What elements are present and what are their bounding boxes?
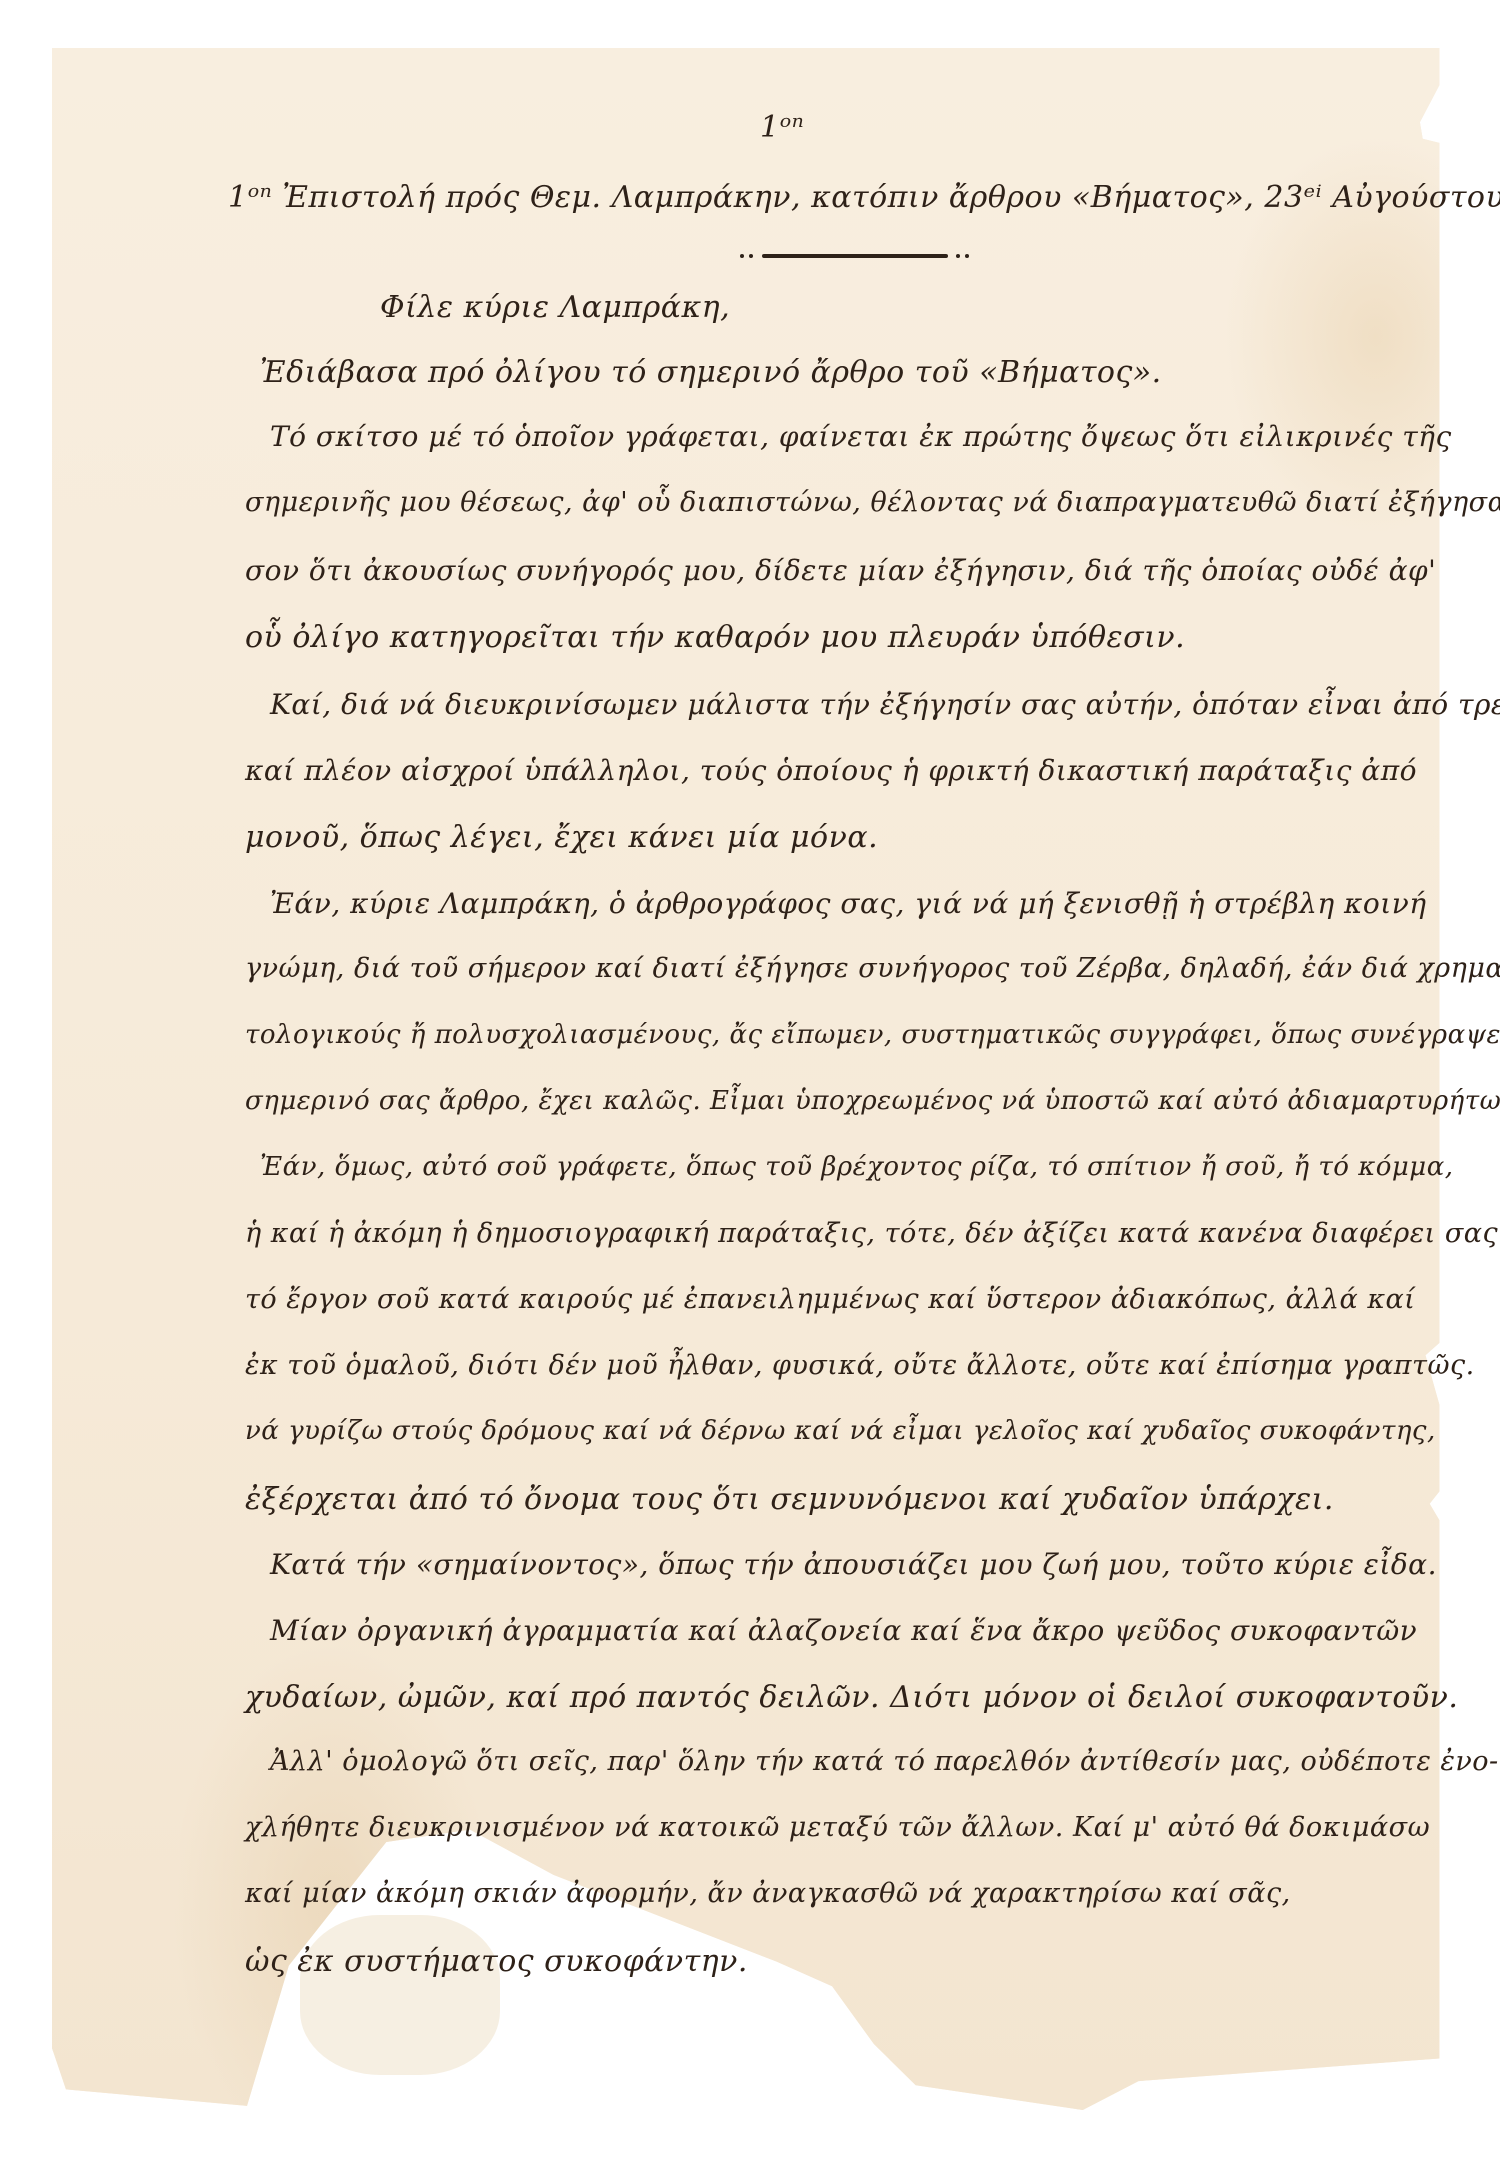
letter-line: Ἐάν, ὅμως, αὐτό σοῦ γράφετε, ὅπως τοῦ βρ… (260, 1152, 1454, 1182)
letter-line: Κατά τήν «σημαίνοντος», ὅπως τήν ἀπουσιά… (270, 1548, 1437, 1581)
letter-line: Καί, διά νά διευκρινίσωμεν μάλιστα τήν ἐ… (270, 688, 1500, 721)
salutation: Φίλε κύριε Λαμπράκη, (380, 290, 730, 325)
letter-line: Ἐάν, κύριε Λαμπράκη, ὁ ἀρθρογράφος σας, … (270, 887, 1427, 920)
page-number: 1ᵒⁿ (760, 110, 804, 145)
rule-dot (956, 254, 960, 258)
letter-line: γνώμη, διά τοῦ σήμερον καί διατί ἐξήγησε… (245, 953, 1500, 984)
letter-line: χυδαίων, ὠμῶν, καί πρό παντός δειλῶν. Δι… (245, 1680, 1458, 1715)
letter-line: Τό σκίτσο μέ τό ὁποῖον γράφεται, φαίνετα… (270, 420, 1452, 453)
rule-dot (749, 254, 753, 258)
letter-line: σημερινό σας ἄρθρο, ἔχει καλῶς. Εἶμαι ὑπ… (245, 1086, 1500, 1116)
letter-line: ἐκ τοῦ ὁμαλοῦ, διότι δέν μοῦ ἦλθαν, φυσι… (245, 1350, 1475, 1381)
letter-line: τό ἔργον σοῦ κατά καιρούς μέ ἐπανειλημμέ… (245, 1284, 1415, 1315)
letter-line: τολογικούς ἤ πολυσχολιασμένους, ἄς εἴπωμ… (245, 1020, 1500, 1050)
letter-line: ὡς ἐκ συστήματος συκοφάντην. (245, 1944, 748, 1979)
letter-line: Ἀλλ' ὁμολογῶ ὅτι σεῖς, παρ' ὅλην τήν κατ… (270, 1746, 1499, 1777)
letter-line: Μίαν ὀργανική ἀγραμματία καί ἀλαζονεία κ… (270, 1614, 1417, 1647)
letter-line: νά γυρίζω στούς δρόμους καί νά δέρνω καί… (245, 1416, 1436, 1446)
letter-line: ἡ καί ἡ ἀκόμη ἡ δημοσιογραφική παράταξις… (245, 1218, 1498, 1249)
rule-dot (740, 254, 744, 258)
rule-dot (965, 254, 969, 258)
paper-stain (300, 1915, 500, 2075)
letter-line: Ἐδιάβασα πρό ὀλίγου τό σημερινό ἄρθρο το… (260, 355, 1162, 390)
rule-bar (762, 254, 948, 258)
letter-line: ἐξέρχεται ἀπό τό ὄνομα τους ὅτι σεμνυνόμ… (245, 1482, 1334, 1517)
letter-line: μονοῦ, ὅπως λέγει, ἔχει κάνει μία μόνα. (245, 820, 878, 855)
letter-line: σον ὅτι ἀκουσίως συνήγορός μου, δίδετε μ… (245, 554, 1436, 587)
separator-rule (740, 253, 970, 259)
letter-line: οὗ ὀλίγο κατηγορεῖται τήν καθαρόν μου πλ… (245, 620, 1185, 655)
letter-heading: 1ᵒⁿ Ἐπιστολή πρός Θεμ. Λαμπράκην, κατόπι… (228, 180, 1500, 215)
letter-line: χλήθητε διευκρινισμένον νά κατοικῶ μεταξ… (245, 1812, 1430, 1843)
letter-line: καί μίαν ἀκόμη σκιάν ἀφορμήν, ἄν ἀναγκασ… (245, 1878, 1291, 1909)
letter-line: καί πλέον αἰσχροί ὑπάλληλοι, τούς ὁποίου… (245, 754, 1417, 787)
letter-line: σημερινῆς μου θέσεως, ἀφ' οὗ διαπιστώνω,… (245, 487, 1500, 518)
